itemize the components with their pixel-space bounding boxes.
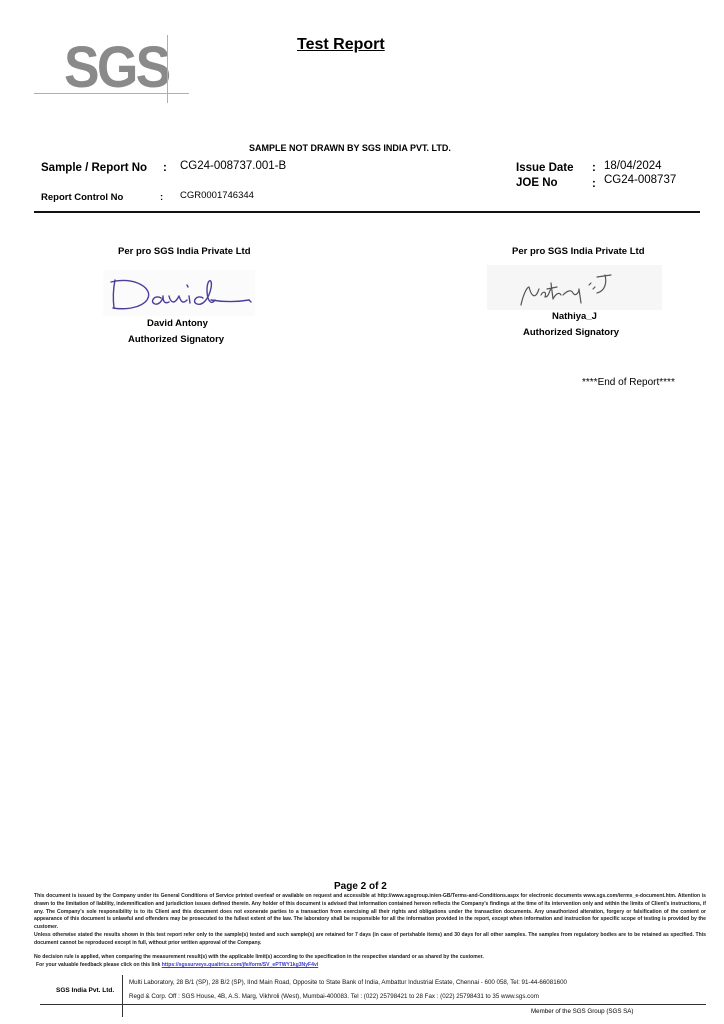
end-of-report: ****End of Report**** xyxy=(582,377,675,388)
per-pro-label-2: Per pro SGS India Private Ltd xyxy=(512,246,645,257)
feedback-note: For your valuable feedback please click … xyxy=(36,962,708,970)
signatory-title-1: Authorized Signatory xyxy=(128,334,224,345)
signature-nathiya xyxy=(487,265,662,310)
signatory-name-2: Nathiya_J xyxy=(552,311,597,322)
logo-vertical-rule xyxy=(167,35,168,103)
joe-no-label: JOE No xyxy=(516,177,558,189)
feedback-link[interactable]: https://sgssurveys.qualtrics.com/jfe/for… xyxy=(162,962,319,968)
issue-date-value: 18/04/2024 xyxy=(604,160,662,172)
disclaimer-paragraph-1: This document is issued by the Company u… xyxy=(34,893,706,932)
header-divider xyxy=(34,211,700,213)
footer-address-regd: Regd & Corp. Off : SGS House, 4B, A.S. M… xyxy=(129,993,539,1000)
footer-address-lab: Multi Laboratory, 28 B/1 (SP), 28 B/2 (S… xyxy=(129,979,567,986)
footer-member-note: Member of the SGS Group (SGS SA) xyxy=(531,1008,633,1015)
logo-text: SGS xyxy=(64,37,168,99)
colon: : xyxy=(592,178,596,190)
per-pro-label-1: Per pro SGS India Private Ltd xyxy=(118,246,251,257)
issue-date-label: Issue Date xyxy=(516,162,574,174)
sample-report-no-label: Sample / Report No xyxy=(41,162,147,174)
report-control-no-label: Report Control No xyxy=(41,192,123,203)
sample-report-no-value: CG24-008737.001-B xyxy=(180,160,286,172)
footer-vertical-divider xyxy=(122,975,123,1017)
report-control-no-value: CGR0001746344 xyxy=(180,190,254,201)
colon: : xyxy=(592,162,596,174)
footer-company-name: SGS India Pvt. Ltd. xyxy=(56,987,114,994)
sgs-logo: SGS xyxy=(34,35,192,97)
footer-horizontal-divider xyxy=(40,1004,706,1005)
report-title: Test Report xyxy=(297,36,385,54)
joe-no-value: CG24-008737 xyxy=(604,174,676,186)
feedback-prefix: For your valuable feedback please click … xyxy=(36,962,162,968)
sample-note: SAMPLE NOT DRAWN BY SGS INDIA PVT. LTD. xyxy=(249,143,451,153)
logo-horizontal-rule xyxy=(34,93,189,94)
page-number: Page 2 of 2 xyxy=(334,881,387,892)
decision-rule-note: No decision rule is applied, when compar… xyxy=(34,954,706,962)
signature-david xyxy=(103,270,255,316)
colon: : xyxy=(160,192,163,203)
signatory-title-2: Authorized Signatory xyxy=(523,327,619,338)
signatory-name-1: David Antony xyxy=(147,318,208,329)
colon: : xyxy=(163,162,167,174)
disclaimer-paragraph-2: Unless otherwise stated the results show… xyxy=(34,932,706,948)
